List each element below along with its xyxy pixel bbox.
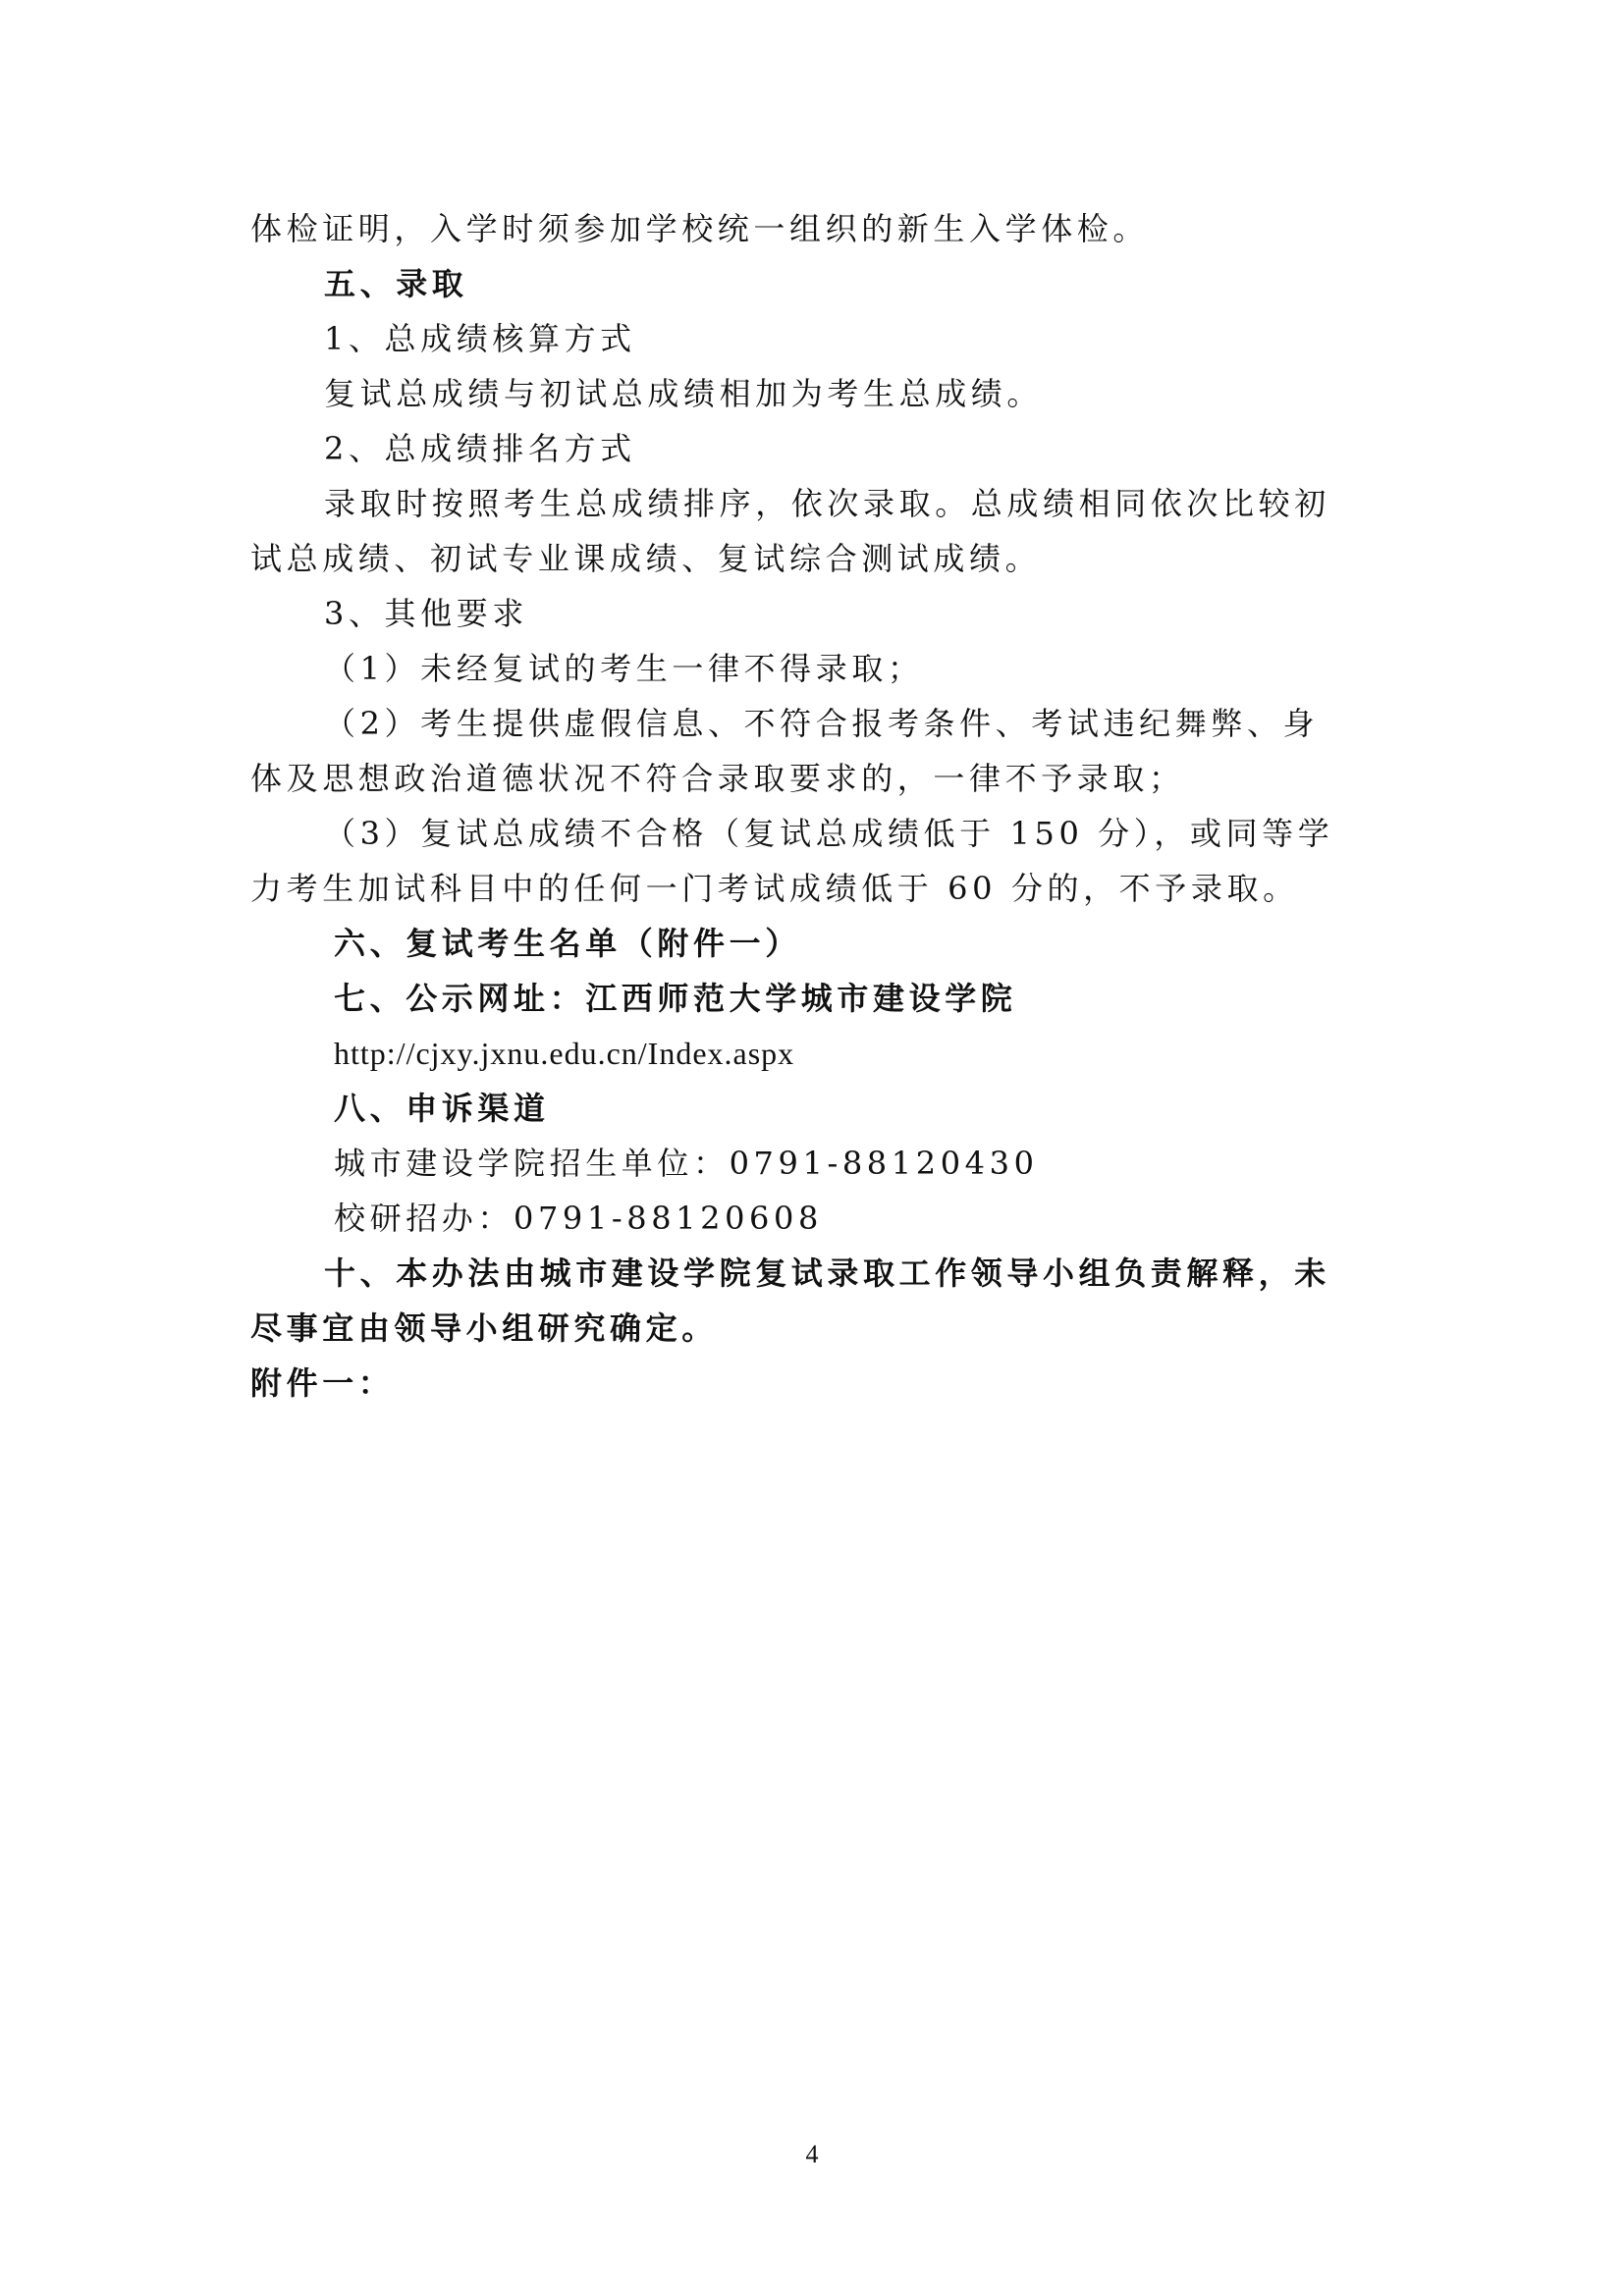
requirement-3: （3）复试总成绩不合格（复试总成绩低于 150 分），或同等学 <box>324 814 1453 853</box>
subheading-ranking-method: 2、总成绩排名方式 <box>324 429 1453 468</box>
requirement-3-cont: 力考生加试科目中的任何一门考试成绩低于 60 分的，不予录取。 <box>250 869 1380 908</box>
requirement-2-cont: 体及思想政治道德状况不符合录取要求的，一律不予录取； <box>250 759 1380 798</box>
heading-candidate-list: 六、复试考生名单（附件一） <box>334 924 1463 963</box>
heading-admission: 五、录取 <box>324 264 1453 303</box>
contact-graduate-admissions: 校研招办：0791-88120608 <box>334 1199 1463 1238</box>
paragraph-ranking-method-cont: 试总成绩、初试专业课成绩、复试综合测试成绩。 <box>250 539 1380 578</box>
heading-appeal-channel: 八、申诉渠道 <box>334 1089 1463 1128</box>
website-url-link[interactable]: http://cjxy.jxnu.edu.cn/Index.aspx <box>334 1034 1463 1073</box>
page-number: 4 <box>0 2140 1624 2169</box>
attachment-label: 附件一： <box>250 1363 1380 1403</box>
paragraph-score-calculation: 复试总成绩与初试总成绩相加为考生总成绩。 <box>324 374 1453 413</box>
paragraph-medical-exam: 体检证明，入学时须参加学校统一组织的新生入学体检。 <box>250 209 1380 248</box>
paragraph-ranking-method: 录取时按照考生总成绩排序，依次录取。总成绩相同依次比较初 <box>324 484 1453 523</box>
heading-public-website: 七、公示网址：江西师范大学城市建设学院 <box>334 979 1463 1018</box>
heading-interpretation-cont: 尽事宜由领导小组研究确定。 <box>250 1308 1380 1348</box>
requirement-1: （1）未经复试的考生一律不得录取； <box>324 649 1453 688</box>
contact-college-admissions: 城市建设学院招生单位：0791-88120430 <box>334 1144 1463 1183</box>
subheading-score-calculation: 1、总成绩核算方式 <box>324 319 1453 358</box>
heading-interpretation: 十、本办法由城市建设学院复试录取工作领导小组负责解释，未 <box>324 1254 1453 1293</box>
document-page: 体检证明，入学时须参加学校统一组织的新生入学体检。 五、录取 1、总成绩核算方式… <box>0 0 1624 2296</box>
requirement-2: （2）考生提供虚假信息、不符合报考条件、考试违纪舞弊、身 <box>324 704 1453 743</box>
subheading-other-requirements: 3、其他要求 <box>324 594 1453 633</box>
